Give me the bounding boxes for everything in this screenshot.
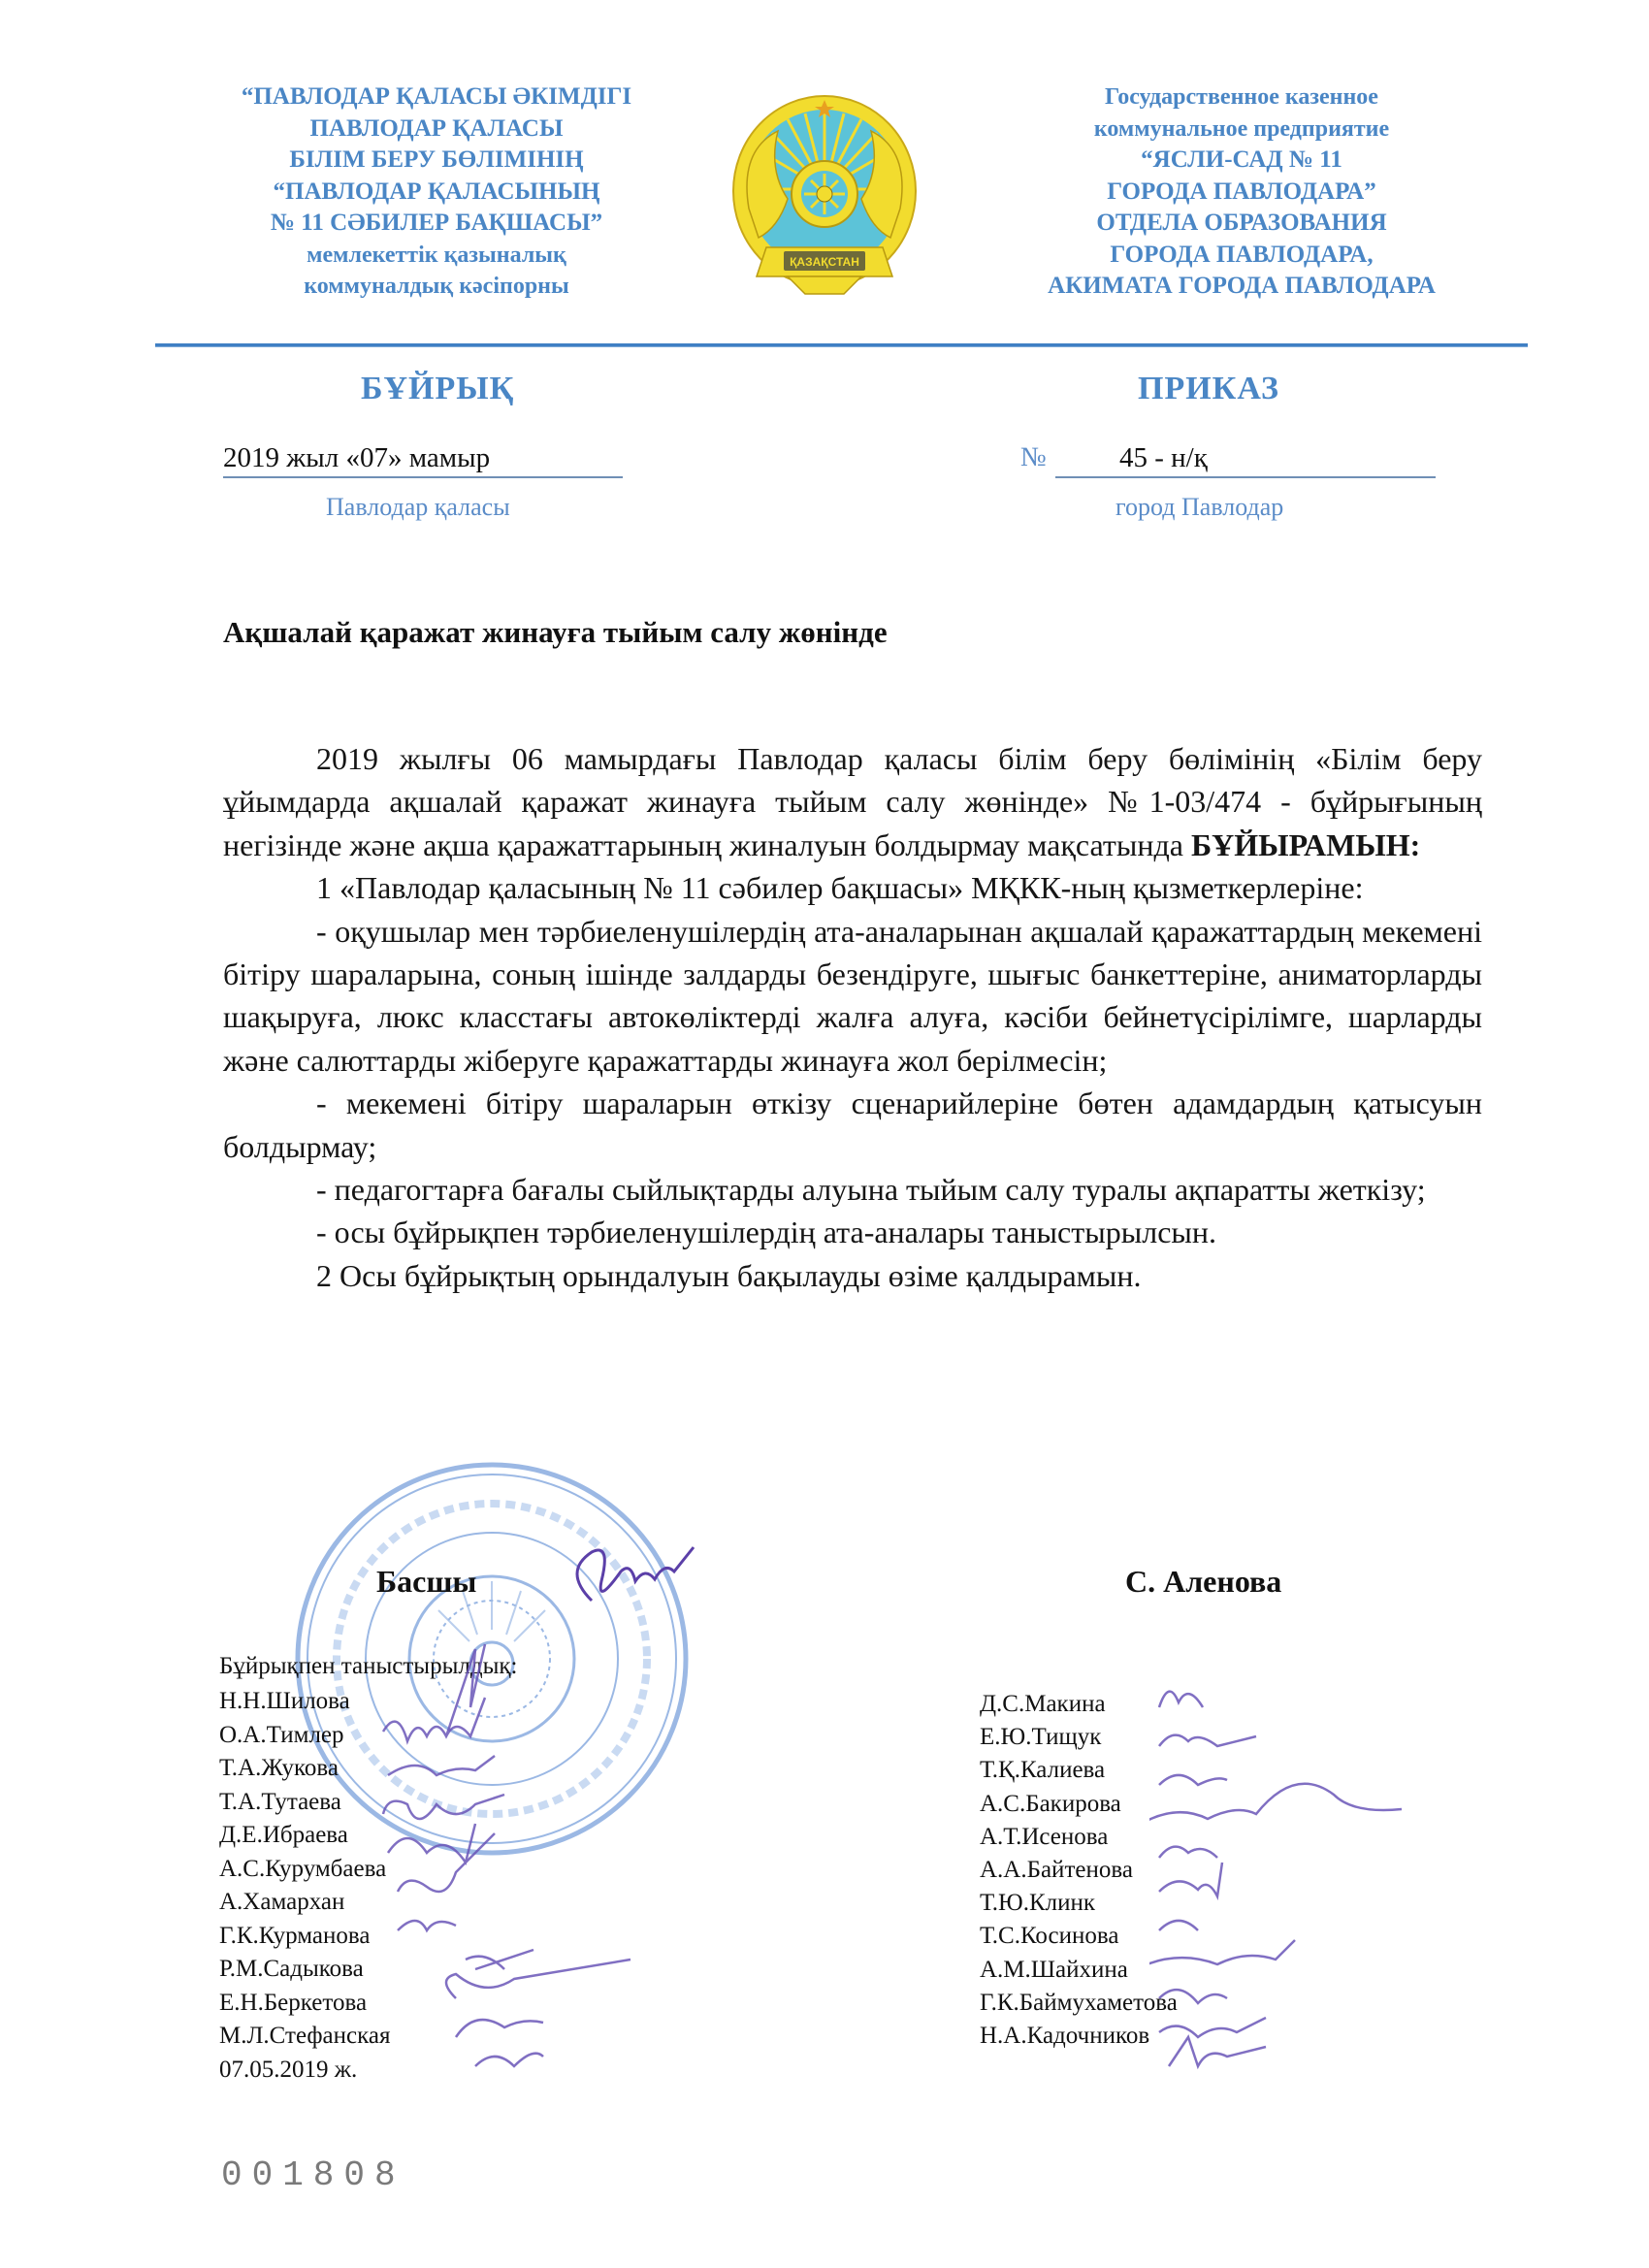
- list-item: А.Хамархан: [219, 1886, 391, 1920]
- list-item: А.Т.Исенова: [980, 1821, 1178, 1854]
- bullet-item: - оқушылар мен тәрбиеленушілердің ата-ан…: [223, 910, 1482, 1083]
- item-2: 2 Осы бұйрықтың орындалуын бақылауды өзі…: [223, 1254, 1482, 1297]
- header-right-line: коммунальное предприятие: [989, 113, 1494, 146]
- header-left-kz: “ПАВЛОДАР ҚАЛАСЫ ӘКІМДІГІ ПАВЛОДАР ҚАЛАС…: [184, 81, 689, 303]
- list-item: Т.Қ.Калиева: [980, 1754, 1178, 1787]
- list-item: Н.А.Кадочников: [980, 2020, 1178, 2053]
- list-item: Д.С.Макина: [980, 1688, 1178, 1721]
- list-item: О.А.Тимлер: [219, 1719, 391, 1753]
- list-item: Т.А.Тутаева: [219, 1786, 391, 1820]
- state-emblem-icon: ҚАЗАҚСТАН: [729, 92, 920, 300]
- list-item: Р.М.Садыкова: [219, 1953, 391, 1987]
- header-left-line: № 11 СӘБИЛЕР БАҚШАСЫ”: [184, 208, 689, 240]
- bullet-item: - педагогтарға бағалы сыйлықтарды алуына…: [223, 1168, 1482, 1211]
- signatory-role: Басшы: [376, 1564, 476, 1600]
- list-item: Н.Н.Шилова: [219, 1685, 391, 1719]
- item-1: 1 «Павлодар қаласының № 11 сәбилер бақша…: [223, 866, 1482, 909]
- header-right-line: ОТДЕЛА ОБРАЗОВАНИЯ: [989, 208, 1494, 240]
- acknowledged-list-left: Н.Н.Шилова О.А.Тимлер Т.А.Жукова Т.А.Тут…: [219, 1685, 391, 2087]
- serial-number: 001808: [221, 2155, 405, 2195]
- doc-title-ru: ПРИКАЗ: [1138, 371, 1279, 407]
- list-item: Т.С.Косинова: [980, 1920, 1178, 1953]
- intro-paragraph: 2019 жылғы 06 мамырдағы Павлодар қаласы …: [223, 737, 1482, 866]
- list-item: Е.Н.Беркетова: [219, 1987, 391, 2021]
- header-right-line: АКИМАТА ГОРОДА ПАВЛОДАРА: [989, 271, 1494, 303]
- order-subject: Ақшалай қаражат жинауға тыйым салу жөнін…: [223, 615, 888, 650]
- staff-signatures-left-icon: [378, 1639, 727, 2095]
- staff-signatures-right-icon: [1149, 1669, 1411, 2076]
- header-right-ru: Государственное казенное коммунальное пр…: [989, 81, 1494, 303]
- acknowledged-list-right: Д.С.Макина Е.Ю.Тищук Т.Қ.Калиева А.С.Бак…: [980, 1688, 1178, 2053]
- header-left-line: БІЛІМ БЕРУ БӨЛІМІНІҢ: [184, 145, 689, 177]
- list-item: А.М.Шайхина: [980, 1954, 1178, 1987]
- list-item: Е.Ю.Тищук: [980, 1721, 1178, 1754]
- bullet-item: - мекемені бітіру шараларын өткізу сцена…: [223, 1082, 1482, 1168]
- bullet-item: - осы бұйрықпен тәрбиеленушілердің ата-а…: [223, 1211, 1482, 1253]
- list-item: Д.Е.Ибраева: [219, 1819, 391, 1853]
- director-signature-icon: [563, 1542, 708, 1610]
- list-item: Г.К.Курманова: [219, 1920, 391, 1954]
- list-item: М.Л.Стефанская: [219, 2020, 391, 2054]
- order-number: 45 - н/қ: [1055, 442, 1436, 478]
- emblem-label: ҚАЗАҚСТАН: [790, 255, 859, 269]
- header-right-line: ГОРОДА ПАВЛОДАРА,: [989, 240, 1494, 272]
- list-item: А.С.Бакирова: [980, 1788, 1178, 1821]
- header-divider: [155, 343, 1528, 346]
- list-item: Т.Ю.Клинк: [980, 1887, 1178, 1920]
- header-left-line: “ПАВЛОДАР ҚАЛАСЫ ӘКІМДІГІ: [184, 81, 689, 113]
- list-item: А.А.Байтенова: [980, 1854, 1178, 1887]
- order-body: 2019 жылғы 06 мамырдағы Павлодар қаласы …: [223, 737, 1482, 1297]
- header-left-line: коммуналдық кәсіпорны: [184, 271, 689, 303]
- intro-directive: БҰЙЫРАМЫН:: [1191, 827, 1420, 862]
- doc-title-kz: БҰЙРЫҚ: [361, 371, 514, 407]
- list-item: Т.А.Жукова: [219, 1752, 391, 1786]
- signatory-name: С. Аленова: [1125, 1564, 1281, 1600]
- list-item: Г.К.Баймухаметова: [980, 1987, 1178, 2020]
- header-right-line: ГОРОДА ПАВЛОДАРА”: [989, 177, 1494, 209]
- order-date: 2019 жыл «07» мамыр: [223, 442, 623, 478]
- header-left-line: мемлекеттік қазыналық: [184, 240, 689, 272]
- city-kz: Павлодар қаласы: [326, 493, 510, 522]
- header-left-line: ПАВЛОДАР ҚАЛАСЫ: [184, 113, 689, 146]
- header-right-line: “ЯСЛИ-САД № 11: [989, 145, 1494, 177]
- city-ru: город Павлодар: [1115, 493, 1283, 522]
- acknowledgement-date: 07.05.2019 ж.: [219, 2054, 391, 2088]
- number-sign: №: [1020, 442, 1047, 473]
- header-left-line: “ПАВЛОДАР ҚАЛАСЫНЫҢ: [184, 177, 689, 209]
- list-item: А.С.Курумбаева: [219, 1853, 391, 1887]
- header-right-line: Государственное казенное: [989, 81, 1494, 113]
